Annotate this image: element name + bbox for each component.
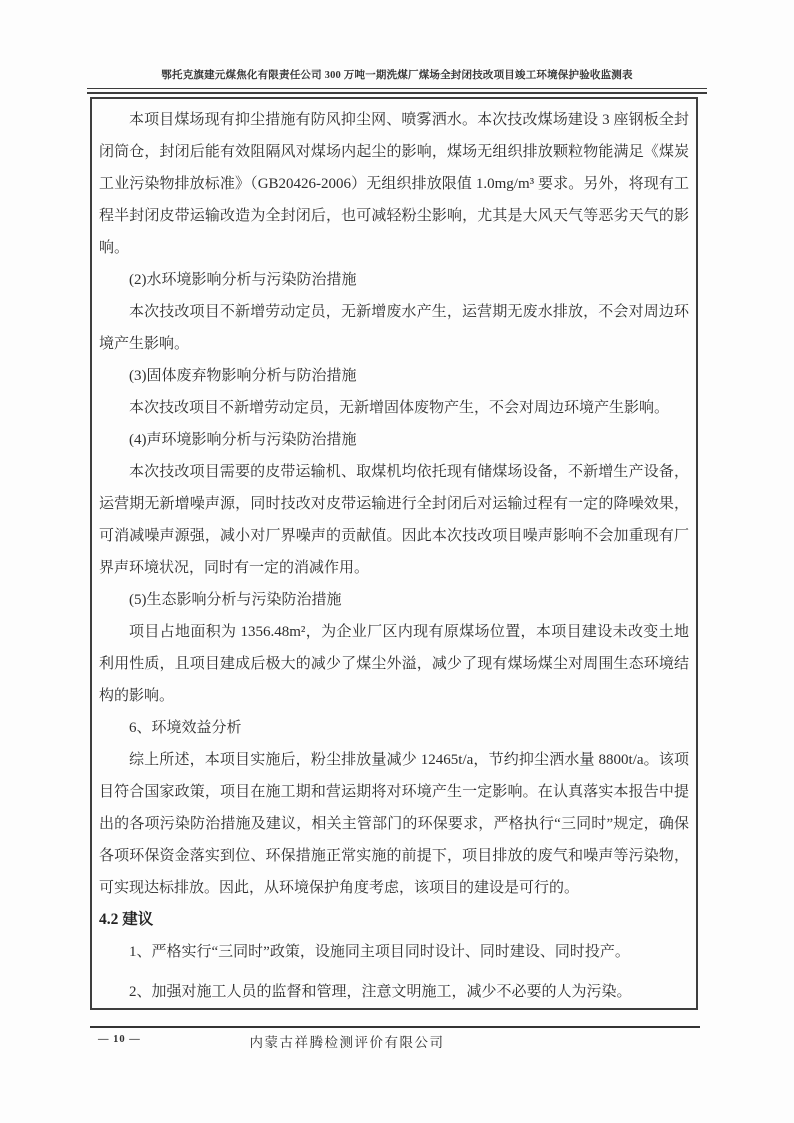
paragraph: 本次技改项目不新增劳动定员，无新增固体废物产生，不会对周边环境产生影响。 <box>99 392 689 424</box>
content-paragraphs: 本项目煤场现有抑尘措施有防风抑尘网、喷雾洒水。本次技改煤场建设 3 座钢板全封闭… <box>99 104 689 1008</box>
content-box: 本项目煤场现有抑尘措施有防风抑尘网、喷雾洒水。本次技改煤场建设 3 座钢板全封闭… <box>90 97 698 1010</box>
paragraph: 本次技改项目不新增劳动定员，无新增废水产生，运营期无废水排放，不会对周边环境产生… <box>99 296 689 360</box>
paragraph: 4.2 建议 <box>99 904 689 936</box>
paragraph: (3)固体废弃物影响分析与防治措施 <box>99 360 689 392</box>
paragraph: (2)水环境影响分析与污染防治措施 <box>99 264 689 296</box>
paragraph: (5)生态影响分析与污染防治措施 <box>99 584 689 616</box>
paragraph: 综上所述，本项目实施后，粉尘排放量减少 12465t/a，节约抑尘洒水量 880… <box>99 744 689 904</box>
footer: — 10 — 内蒙古祥腾检测评价有限公司 <box>90 1031 700 1055</box>
footer-divider <box>90 1026 700 1028</box>
footer-company-name: 内蒙古祥腾检测评价有限公司 <box>90 1031 604 1051</box>
paragraph: 1、严格实行“三同时”政策，设施同主项目同时设计、同时建设、同时投产。 <box>99 936 689 968</box>
paragraph: 本次技改项目需要的皮带运输机、取煤机均依托现有储煤场设备，不新增生产设备，运营期… <box>99 456 689 584</box>
paragraph: 6、环境效益分析 <box>99 712 689 744</box>
document-page: 鄂托克旗建元煤焦化有限责任公司 300 万吨一期洗煤厂煤场全封闭技改项目竣工环境… <box>0 0 794 1123</box>
title-divider <box>87 88 707 94</box>
paragraph: (4)声环境影响分析与污染防治措施 <box>99 424 689 456</box>
paragraph: 2、加强对施工人员的监督和管理，注意文明施工，减少不必要的人为污染。 <box>99 976 689 1008</box>
paragraph: 项目占地面积为 1356.48m²，为企业厂区内现有原煤场位置，本项目建设未改变… <box>99 616 689 712</box>
paragraph: 本项目煤场现有抑尘措施有防风抑尘网、喷雾洒水。本次技改煤场建设 3 座钢板全封闭… <box>99 104 689 264</box>
page-title: 鄂托克旗建元煤焦化有限责任公司 300 万吨一期洗煤厂煤场全封闭技改项目竣工环境… <box>0 67 794 82</box>
